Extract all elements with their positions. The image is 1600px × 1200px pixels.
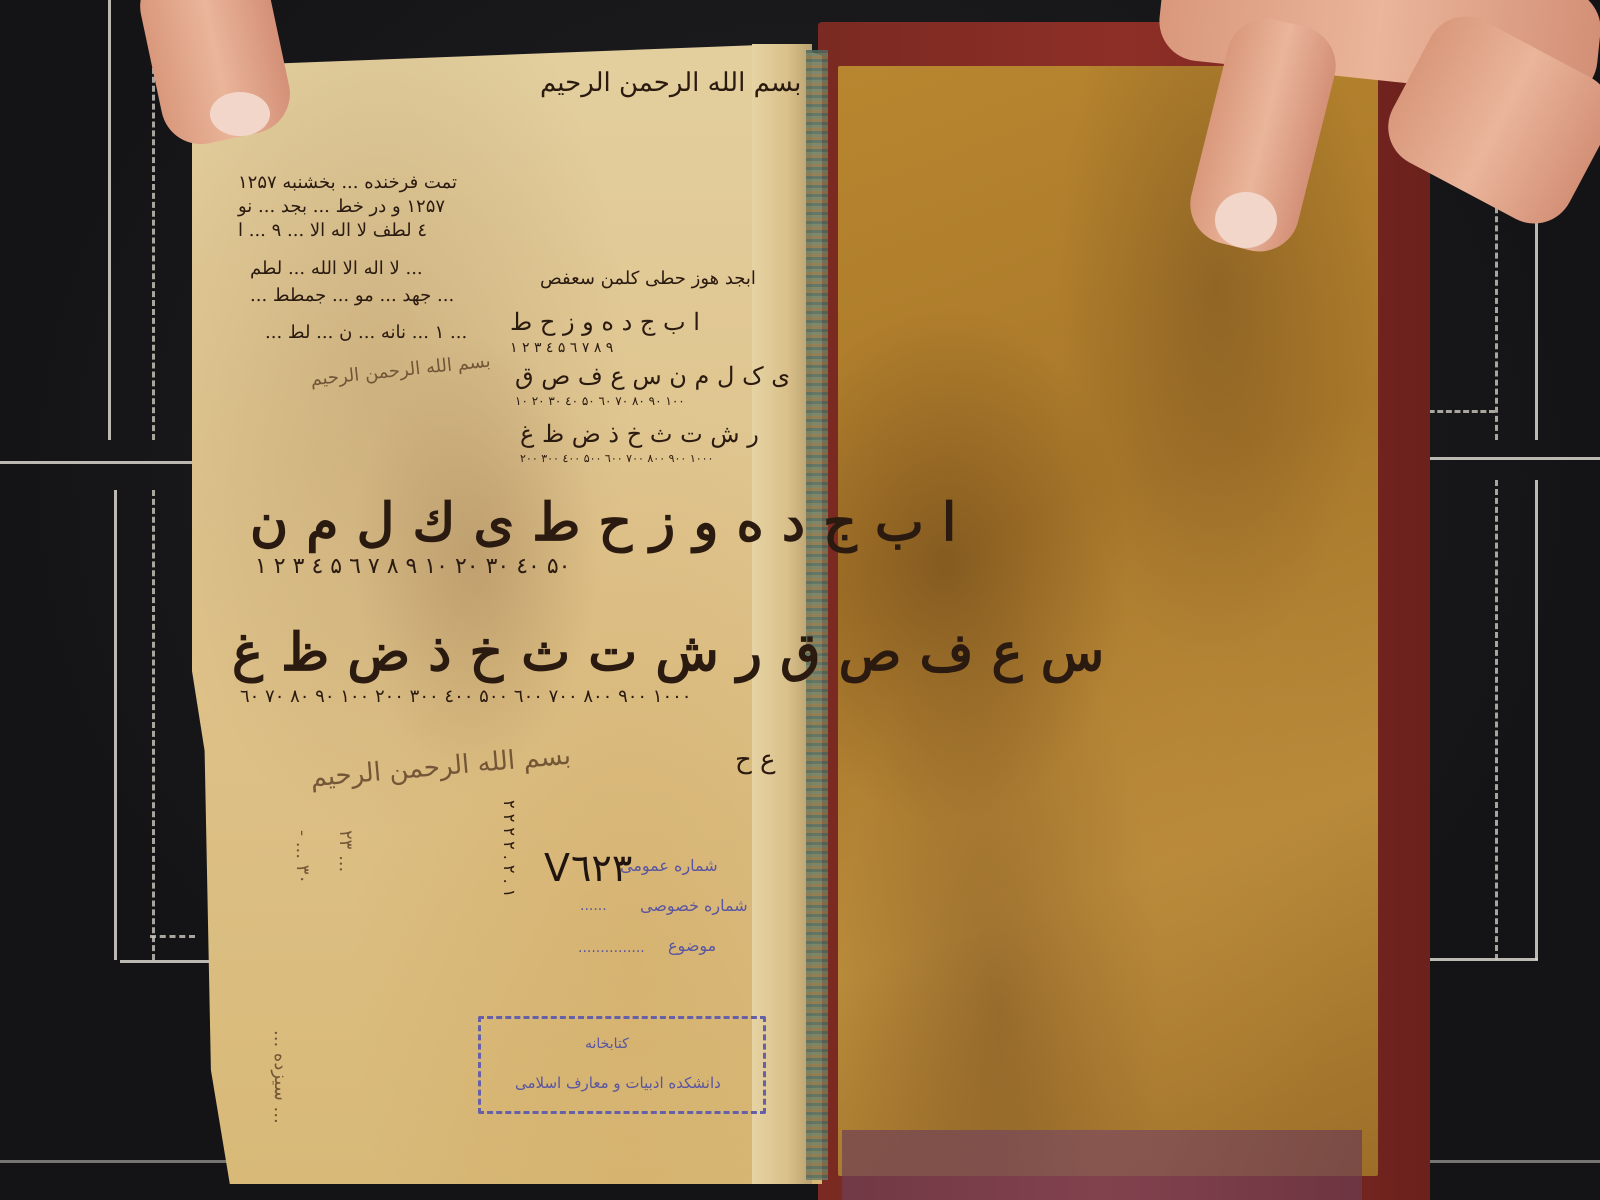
- note-line: ... لا اله الا الله ... لطم: [250, 258, 423, 279]
- library-stamp: [478, 1016, 766, 1114]
- suede-inner-cover: [838, 66, 1378, 1176]
- special-number-dots: ......: [580, 898, 607, 914]
- vertical-note: ۳۰ ... -: [292, 830, 313, 884]
- vertical-note: ... سیزده ...: [270, 1030, 291, 1124]
- mat-dashed-line: [150, 935, 195, 938]
- margin-note: ع ح: [735, 745, 776, 775]
- book-spine-edge: [806, 50, 828, 1180]
- mat-grid-line: [114, 490, 117, 960]
- vertical-digits: ۱ . ۲ . ۲ ۲ ۲ ۲: [500, 800, 519, 897]
- page-gutter: [752, 44, 812, 1184]
- abjad-small-numbers: ۱۰ ۲۰ ۳۰ ٤۰ ۵۰ ٦۰ ۷۰ ۸۰ ۹۰ ۱۰۰: [515, 394, 685, 408]
- stamp-line-2: دانشکده ادبیات و معارف اسلامی: [515, 1074, 721, 1092]
- special-number-label: شماره خصوصی: [640, 896, 748, 915]
- note-line: ٤ لطف لا اله الا ... ۹ ... ا: [238, 220, 427, 241]
- mat-grid-line: [120, 960, 210, 963]
- abjad-large-row-1: ا ب ج د ه و ز ح ط ی ك ل م ن: [250, 492, 956, 553]
- abjad-small-row: ی ک ل م ن س ع ف ص ق: [515, 362, 790, 390]
- note-line: ۱۲۵۷ و در خط ... بجد ... نو: [238, 196, 445, 217]
- abjad-large-numbers-1: ۱ ۲ ۳ ٤ ۵ ٦ ۷ ۸ ۹ ۱۰ ۲۰ ۳۰ ٤۰ ۵۰: [255, 554, 571, 579]
- abjad-small-numbers: ۲۰۰ ۳۰۰ ٤۰۰ ۵۰۰ ٦۰۰ ۷۰۰ ۸۰۰ ۹۰۰ ۱۰۰۰: [520, 452, 713, 465]
- mat-grid-line: [1420, 958, 1538, 961]
- call-number: V٦٢٣: [544, 846, 632, 890]
- mat-dashed-line: [1495, 180, 1498, 440]
- mat-dashed-line: [1495, 480, 1498, 960]
- note-line: ... جهد ... مو ... جمطط ...: [250, 285, 454, 306]
- mat-grid-line: [1535, 480, 1538, 960]
- stamp-line-1: کتابخانه: [585, 1036, 629, 1052]
- note-line: تمت فرخنده ... بخشنبه ۱۲۵۷: [238, 172, 457, 193]
- abjad-large-row-2: س ع ف ص ق ر ش ت ث خ ذ ض ظ غ: [232, 622, 1104, 683]
- mat-grid-line: [0, 461, 195, 464]
- vertical-note: ... ۲۳: [335, 830, 356, 872]
- mat-grid-line: [1535, 200, 1538, 440]
- right-thumbnail: [1215, 192, 1277, 248]
- abjad-small-row: ا ب ج د ه و ز ح ط: [510, 308, 700, 336]
- mat-dashed-line: [1420, 410, 1495, 413]
- subject-dots: ...............: [578, 940, 645, 956]
- mat-dashed-line: [152, 50, 155, 440]
- subject-label: موضوع: [668, 936, 716, 955]
- abjad-heading: ابجد هوز حطى كلمن سعفص: [540, 268, 756, 289]
- left-thumbnail: [210, 92, 270, 136]
- mat-dashed-line: [152, 490, 155, 960]
- abjad-large-numbers-2: ٦۰ ۷۰ ۸۰ ۹۰ ۱۰۰ ۲۰۰ ۳۰۰ ٤۰۰ ۵۰۰ ٦۰۰ ۷۰۰ …: [240, 686, 691, 707]
- mat-grid-line: [1420, 457, 1600, 460]
- abjad-small-numbers: ۱ ۲ ۳ ٤ ۵ ٦ ۷ ۸ ۹: [510, 340, 613, 356]
- general-number-label: شماره عمومی: [620, 856, 718, 875]
- cover-bottom-edge: [842, 1130, 1362, 1200]
- mat-grid-line: [108, 0, 111, 440]
- header-basmala: بسم الله الرحمن الرحيم: [540, 68, 801, 98]
- abjad-small-row: ر ش ت ث خ ذ ض ظ غ: [520, 420, 759, 448]
- note-line: ... ١ ... نانه ... ن ... لط ...: [265, 322, 467, 343]
